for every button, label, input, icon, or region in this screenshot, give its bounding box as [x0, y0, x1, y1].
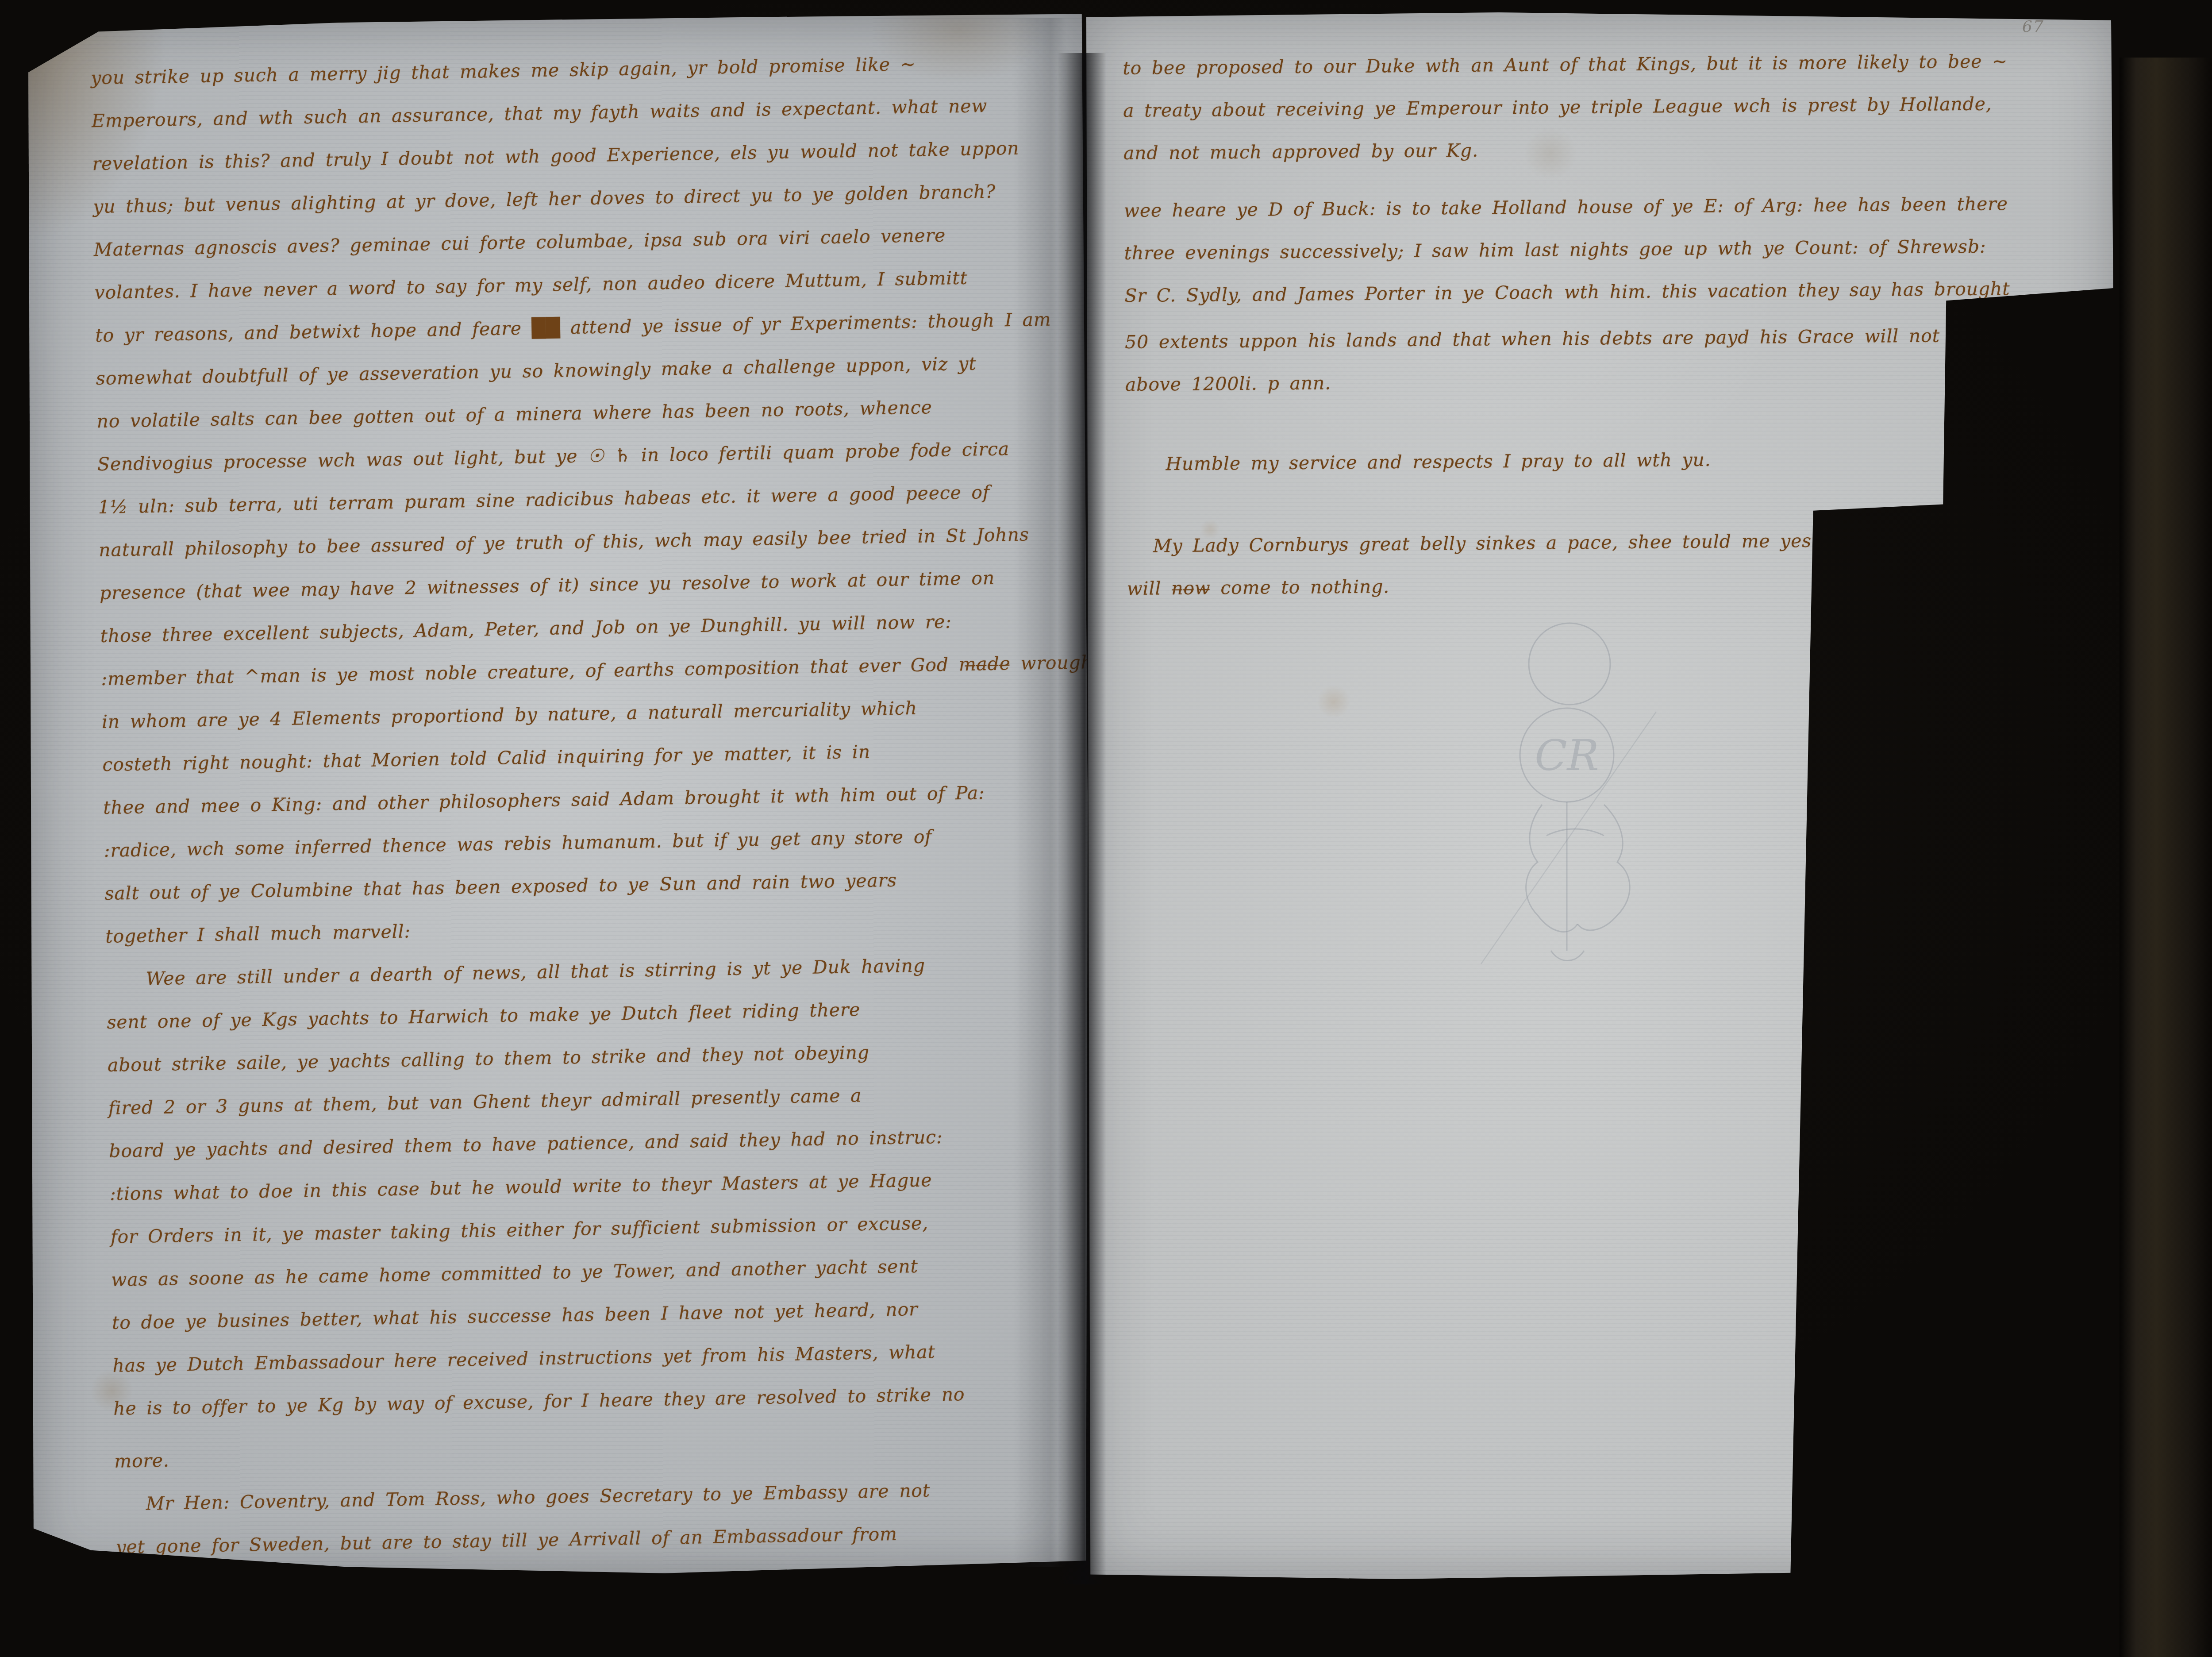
right-page-text: to bee proposed to our Duke wth an Aunt … — [1123, 39, 2114, 609]
handwritten-line: wee heare ye D of Buck: is to take Holla… — [1124, 181, 2111, 232]
letter-left-page: you strike up such a merry jig that make… — [24, 14, 1089, 1578]
handwritten-line: and not much approved by our Kg. — [1123, 124, 2111, 174]
handwritten-line: three evenings successively; I saw him l… — [1124, 224, 2111, 274]
cr-watermark-icon: CR — [1476, 614, 1670, 977]
folio-number: 67 — [2022, 18, 2044, 36]
album-leaf-edge — [2120, 58, 2212, 1657]
photograph-background: you strike up such a merry jig that make… — [0, 0, 2212, 1657]
handwritten-line: Humble my service and respects I pray to… — [1126, 435, 2113, 486]
watermark-monogram-text: CR — [1535, 731, 1599, 780]
handwritten-line: a treaty about receiving ye Emperour int… — [1123, 81, 2110, 132]
handwritten-line: 50 extents uppon his lands and that when… — [1125, 313, 2112, 363]
handwritten-line: My Lady Cornburys great belly sinkes a p… — [1126, 517, 2113, 567]
handwritten-line: will n̶o̶w̶ come to nothing. — [1127, 559, 2114, 610]
handwritten-line: above 1200li. p ann. — [1125, 355, 2112, 406]
handwritten-line: Sr C. Sydly, and James Porter in ye Coac… — [1124, 266, 2112, 317]
handwritten-line: to bee proposed to our Duke wth an Aunt … — [1123, 39, 2110, 89]
letter-right-page: to bee proposed to our Duke wth an Aunt … — [1086, 12, 2117, 1579]
left-page-text: you strike up such a merry jig that make… — [90, 40, 1121, 1612]
